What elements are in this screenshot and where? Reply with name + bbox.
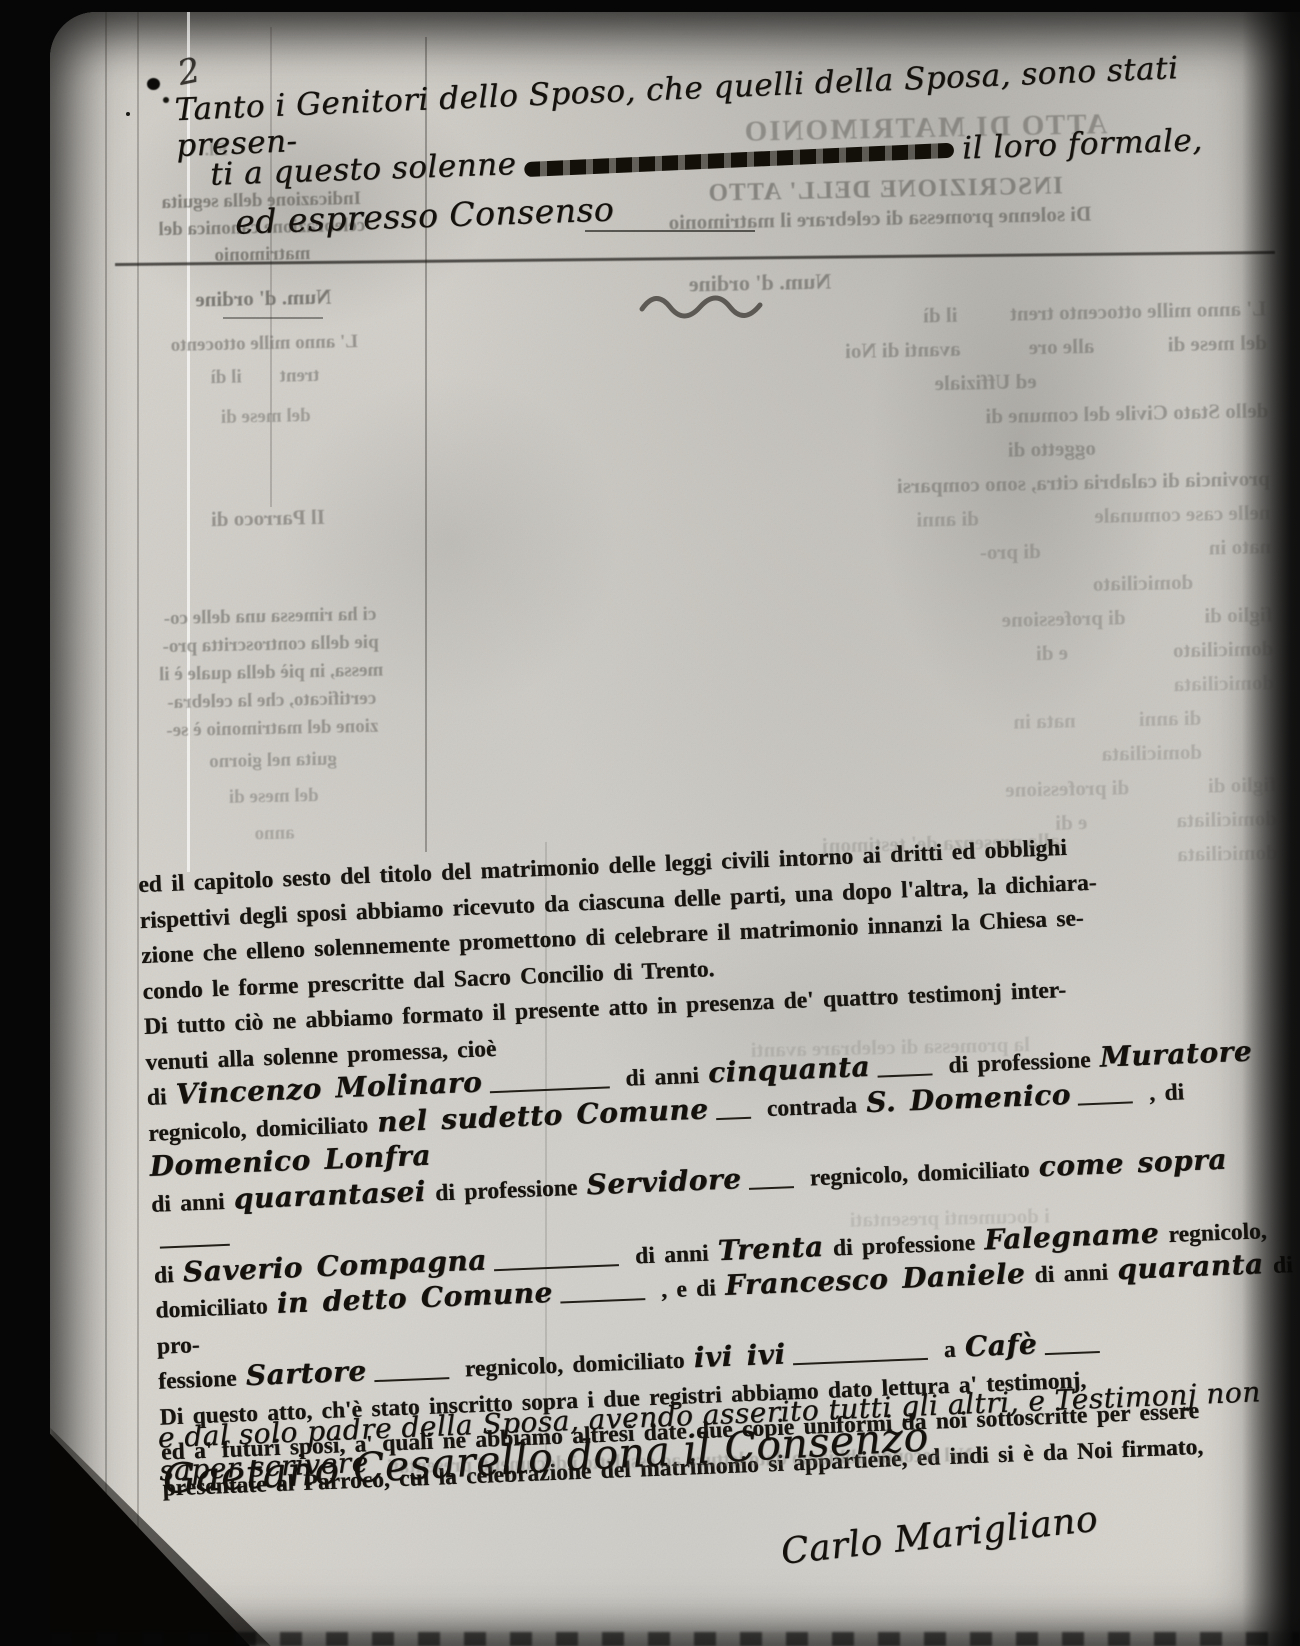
blank-rule — [877, 1052, 933, 1078]
handwritten-fill: cinquanta — [707, 1050, 870, 1089]
printed-text: di — [153, 1261, 183, 1288]
handwritten-fill: Cafè — [964, 1327, 1038, 1363]
bleedthrough-line: del mese di — [118, 783, 430, 812]
blank-rule — [1077, 1079, 1133, 1105]
printed-text: contrada — [757, 1092, 867, 1122]
blank-rule — [373, 1356, 449, 1382]
bleedthrough-line: anno — [118, 820, 430, 849]
printed-text: regnicolo, domiciliato — [800, 1156, 1039, 1192]
signature-official: Carlo Marigliano — [779, 1488, 1201, 1573]
printed-text: regnicolo, domiciliato — [455, 1347, 694, 1383]
bleedthrough-line: Num. d' ordine — [107, 283, 419, 315]
page-bottom-edge — [50, 1632, 1300, 1646]
ink-blot — [147, 78, 160, 90]
bleedthrough-line: L' anno mille ottocento — [108, 330, 420, 359]
blank-rule — [159, 1222, 230, 1248]
ink-blot — [163, 97, 169, 103]
printed-text: , e di — [651, 1275, 725, 1304]
bleedthrough-left-column: Indicazione della seguitacelebrazione ca… — [105, 187, 431, 853]
printed-text: domiciliato — [155, 1293, 278, 1324]
handwritten-fill: Trenta — [717, 1229, 824, 1266]
bleedthrough-line: guita nel giorno — [117, 747, 429, 776]
printed-text: di anni — [151, 1188, 235, 1217]
printed-text: a — [934, 1336, 966, 1363]
ink-blot — [126, 112, 130, 116]
handwritten-fill: S. Domenico — [865, 1077, 1071, 1118]
bleedthrough-line: Il Parroco di — [112, 503, 424, 535]
handwritten-fill: Servidore — [586, 1162, 742, 1201]
printed-text: di anni — [625, 1240, 718, 1270]
blank-rule — [493, 1242, 619, 1270]
handwritten-fill: ivi ivi — [693, 1338, 786, 1375]
bleedthrough-line: del mese di — [110, 403, 422, 432]
bleedthrough-line: messa, in piè della quale è il — [115, 659, 427, 688]
bleedthrough-line: ci ha rimessa una delle co- — [114, 603, 426, 632]
printed-text: di anni — [616, 1062, 709, 1092]
printed-text: di professione — [939, 1047, 1101, 1079]
handwritten-fill: come sopra — [1038, 1142, 1228, 1183]
blank-rule — [748, 1164, 794, 1189]
scanned-page: F.l. ATTO DI MATRIMONIO INSCRIZIONE DELL… — [50, 12, 1300, 1646]
handwritten-fill: Sartore — [245, 1354, 367, 1392]
printed-text: di professione — [425, 1174, 587, 1206]
handwritten-fill: quarantasei — [233, 1174, 426, 1215]
blank-rule — [715, 1095, 751, 1120]
bleedthrough-line: zione del matrimonio è se- — [116, 715, 428, 744]
printed-text: di — [146, 1084, 176, 1111]
blank-rule — [1044, 1329, 1100, 1355]
bleedthrough-body: L' anno mille ottocento trent il dìdel m… — [426, 291, 1278, 886]
printed-text: di professione — [823, 1229, 985, 1261]
bleedthrough-line: trent il dì — [109, 363, 421, 392]
blank-rule — [792, 1336, 928, 1365]
handwritten-fill: Falegname — [984, 1216, 1160, 1256]
bleedthrough-line: matrimonio — [106, 241, 418, 270]
handwritten-fill: Muratore — [1099, 1035, 1253, 1074]
page-right-edge-shade — [1242, 12, 1300, 1646]
bleedthrough-line: certificato, che la celebra- — [116, 687, 428, 716]
printed-text: di anni — [1025, 1259, 1118, 1289]
blank-rule — [559, 1277, 645, 1304]
printed-text: , di — [1139, 1079, 1184, 1107]
blank-rule — [489, 1065, 610, 1093]
crossed-out-text — [524, 143, 954, 177]
handwritten-corner-mark: 2 — [174, 50, 204, 94]
bleedthrough-line: pie della controscritta pro- — [114, 631, 426, 660]
handwritten-text: il loro formale, — [961, 122, 1203, 166]
printed-text: fessione — [158, 1365, 247, 1394]
